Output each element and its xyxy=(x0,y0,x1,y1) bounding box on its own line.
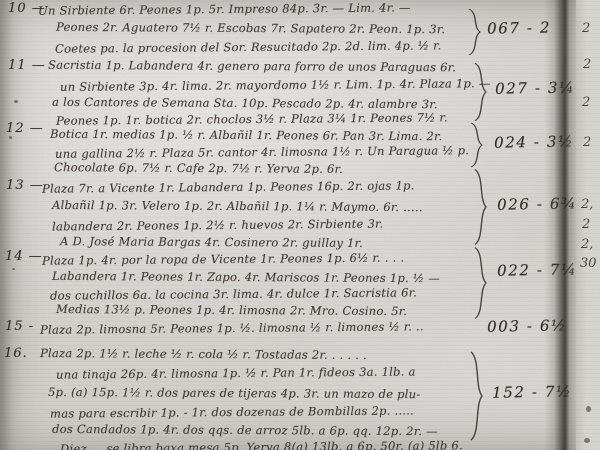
entry-number: 15 - xyxy=(5,320,34,334)
manuscript-line: Albañil 1p. 3r. Velero 1p. 2r. Albañil 1… xyxy=(52,199,423,214)
manuscript-line: dos Candados 1p. 4r. dos qqs. de arroz 5… xyxy=(52,423,438,438)
manuscript-line: a los Cantores de Semana Sta. 10p. Pesca… xyxy=(52,96,438,111)
entry-number: 11 — xyxy=(8,59,46,73)
manuscript-line: dos cuchillos 6a. la cocina 3r. lima. 4r… xyxy=(50,286,417,302)
ink-speck xyxy=(9,136,12,139)
manuscript-line: Plaza 7r. a Vicente 1r. Labandera 1p. Pe… xyxy=(42,179,415,195)
entry-number: 12 — xyxy=(6,122,44,136)
book-gutter-fold xyxy=(544,0,578,450)
ink-speck xyxy=(586,406,591,412)
manuscript-line: Medias 13½ p. Peones 1p. 4r. limosna 2r.… xyxy=(56,303,407,318)
ink-speck xyxy=(14,100,18,103)
manuscript-line: mas para escribir 1p. - 1r. dos dozenas … xyxy=(50,404,414,420)
manuscript-line: labandera 2r. Peones 1p. 2½ r. huevos 2r… xyxy=(52,218,383,234)
curly-brace-icon xyxy=(468,350,484,442)
manuscript-line: Plaza 2p. 1½ r. leche ½ r. cola ½ r. Tos… xyxy=(40,347,367,362)
facing-page-amount-fragment: 2 xyxy=(582,218,590,232)
amount-value: 067 - 2 xyxy=(487,19,551,36)
ink-speck xyxy=(584,438,590,443)
facing-page-amount-fragment: 2 xyxy=(582,22,590,36)
manuscript-line: un Sirbiente 3p. 4r. lima. 2r. mayordomo… xyxy=(60,77,491,94)
manuscript-line: Diez ... se libra baxa mesa 5p. Yerva 8(… xyxy=(60,439,463,450)
facing-page-amount-fragment: 2 xyxy=(583,58,591,72)
entry-number: 13 — xyxy=(6,179,44,193)
manuscript-line: Labandera 1r. Peones 1r. Zapo. 4r. Maris… xyxy=(52,270,440,285)
manuscript-line: Plaza 2p. limosna 5r. Peones 1p. ½. limo… xyxy=(40,320,424,336)
manuscript-line: A D. José Maria Bargas 4r. Cosinero 2r. … xyxy=(60,235,363,250)
manuscript-line: Plaza 1p. 4r. por la ropa de Vicente 1r.… xyxy=(42,251,404,267)
curly-brace-icon xyxy=(466,8,482,56)
facing-page-amount-fragment: 2, xyxy=(581,198,593,212)
curly-brace-icon xyxy=(472,62,488,122)
manuscript-line: una tinaja 26p. 4r. limosna 1p. ½ r. Pan… xyxy=(56,365,416,381)
manuscript-line: Chocolate 6p. 7½ r. Cafe 2p. 7½ r. Yerva… xyxy=(54,161,343,176)
manuscript-line: 5p. (a) 15p. 1½ r. dos pares de tijeras … xyxy=(48,386,420,401)
manuscript-line: Peones 1p. 1r. botica 2r. choclos 3½ r. … xyxy=(56,111,448,127)
manuscript-line: Botica 1r. medias 1p. ½ r. Albañil 1r. P… xyxy=(50,128,442,143)
entry-number: 16. xyxy=(4,347,28,361)
facing-page-amount-fragment: 2 xyxy=(582,96,590,110)
manuscript-page: 10 — 11 — 12 — 13 — 14 — 15 - 16. Un Sir… xyxy=(0,0,600,450)
facing-page-amount-fragment: 30 xyxy=(580,257,597,271)
facing-page-edge: 2 2 2 2 2, 2 2, 30 xyxy=(576,0,600,450)
curly-brace-icon xyxy=(472,246,488,320)
manuscript-line: Un Sirbiente 6r. Peones 1p. 5r. Impreso … xyxy=(38,1,411,17)
manuscript-line: Sacristia 1p. Labandera 4r. genero para … xyxy=(48,59,456,74)
manuscript-line: una gallina 2½ r. Plaza 5r. cantor 4r. l… xyxy=(55,144,469,161)
curly-brace-icon xyxy=(472,168,488,246)
manuscript-line: Coetes pa. la procesion del Sor. Resucit… xyxy=(55,39,442,55)
curly-brace-icon xyxy=(468,122,484,168)
facing-page-amount-fragment: 2 xyxy=(583,136,591,150)
facing-page-amount-fragment: 2, xyxy=(581,238,593,252)
ink-speck xyxy=(12,268,15,270)
entry-number: 14 — xyxy=(5,250,43,264)
manuscript-line: Peones 2r. Aguatero 7½ r. Escobas 7r. Sa… xyxy=(56,21,445,36)
